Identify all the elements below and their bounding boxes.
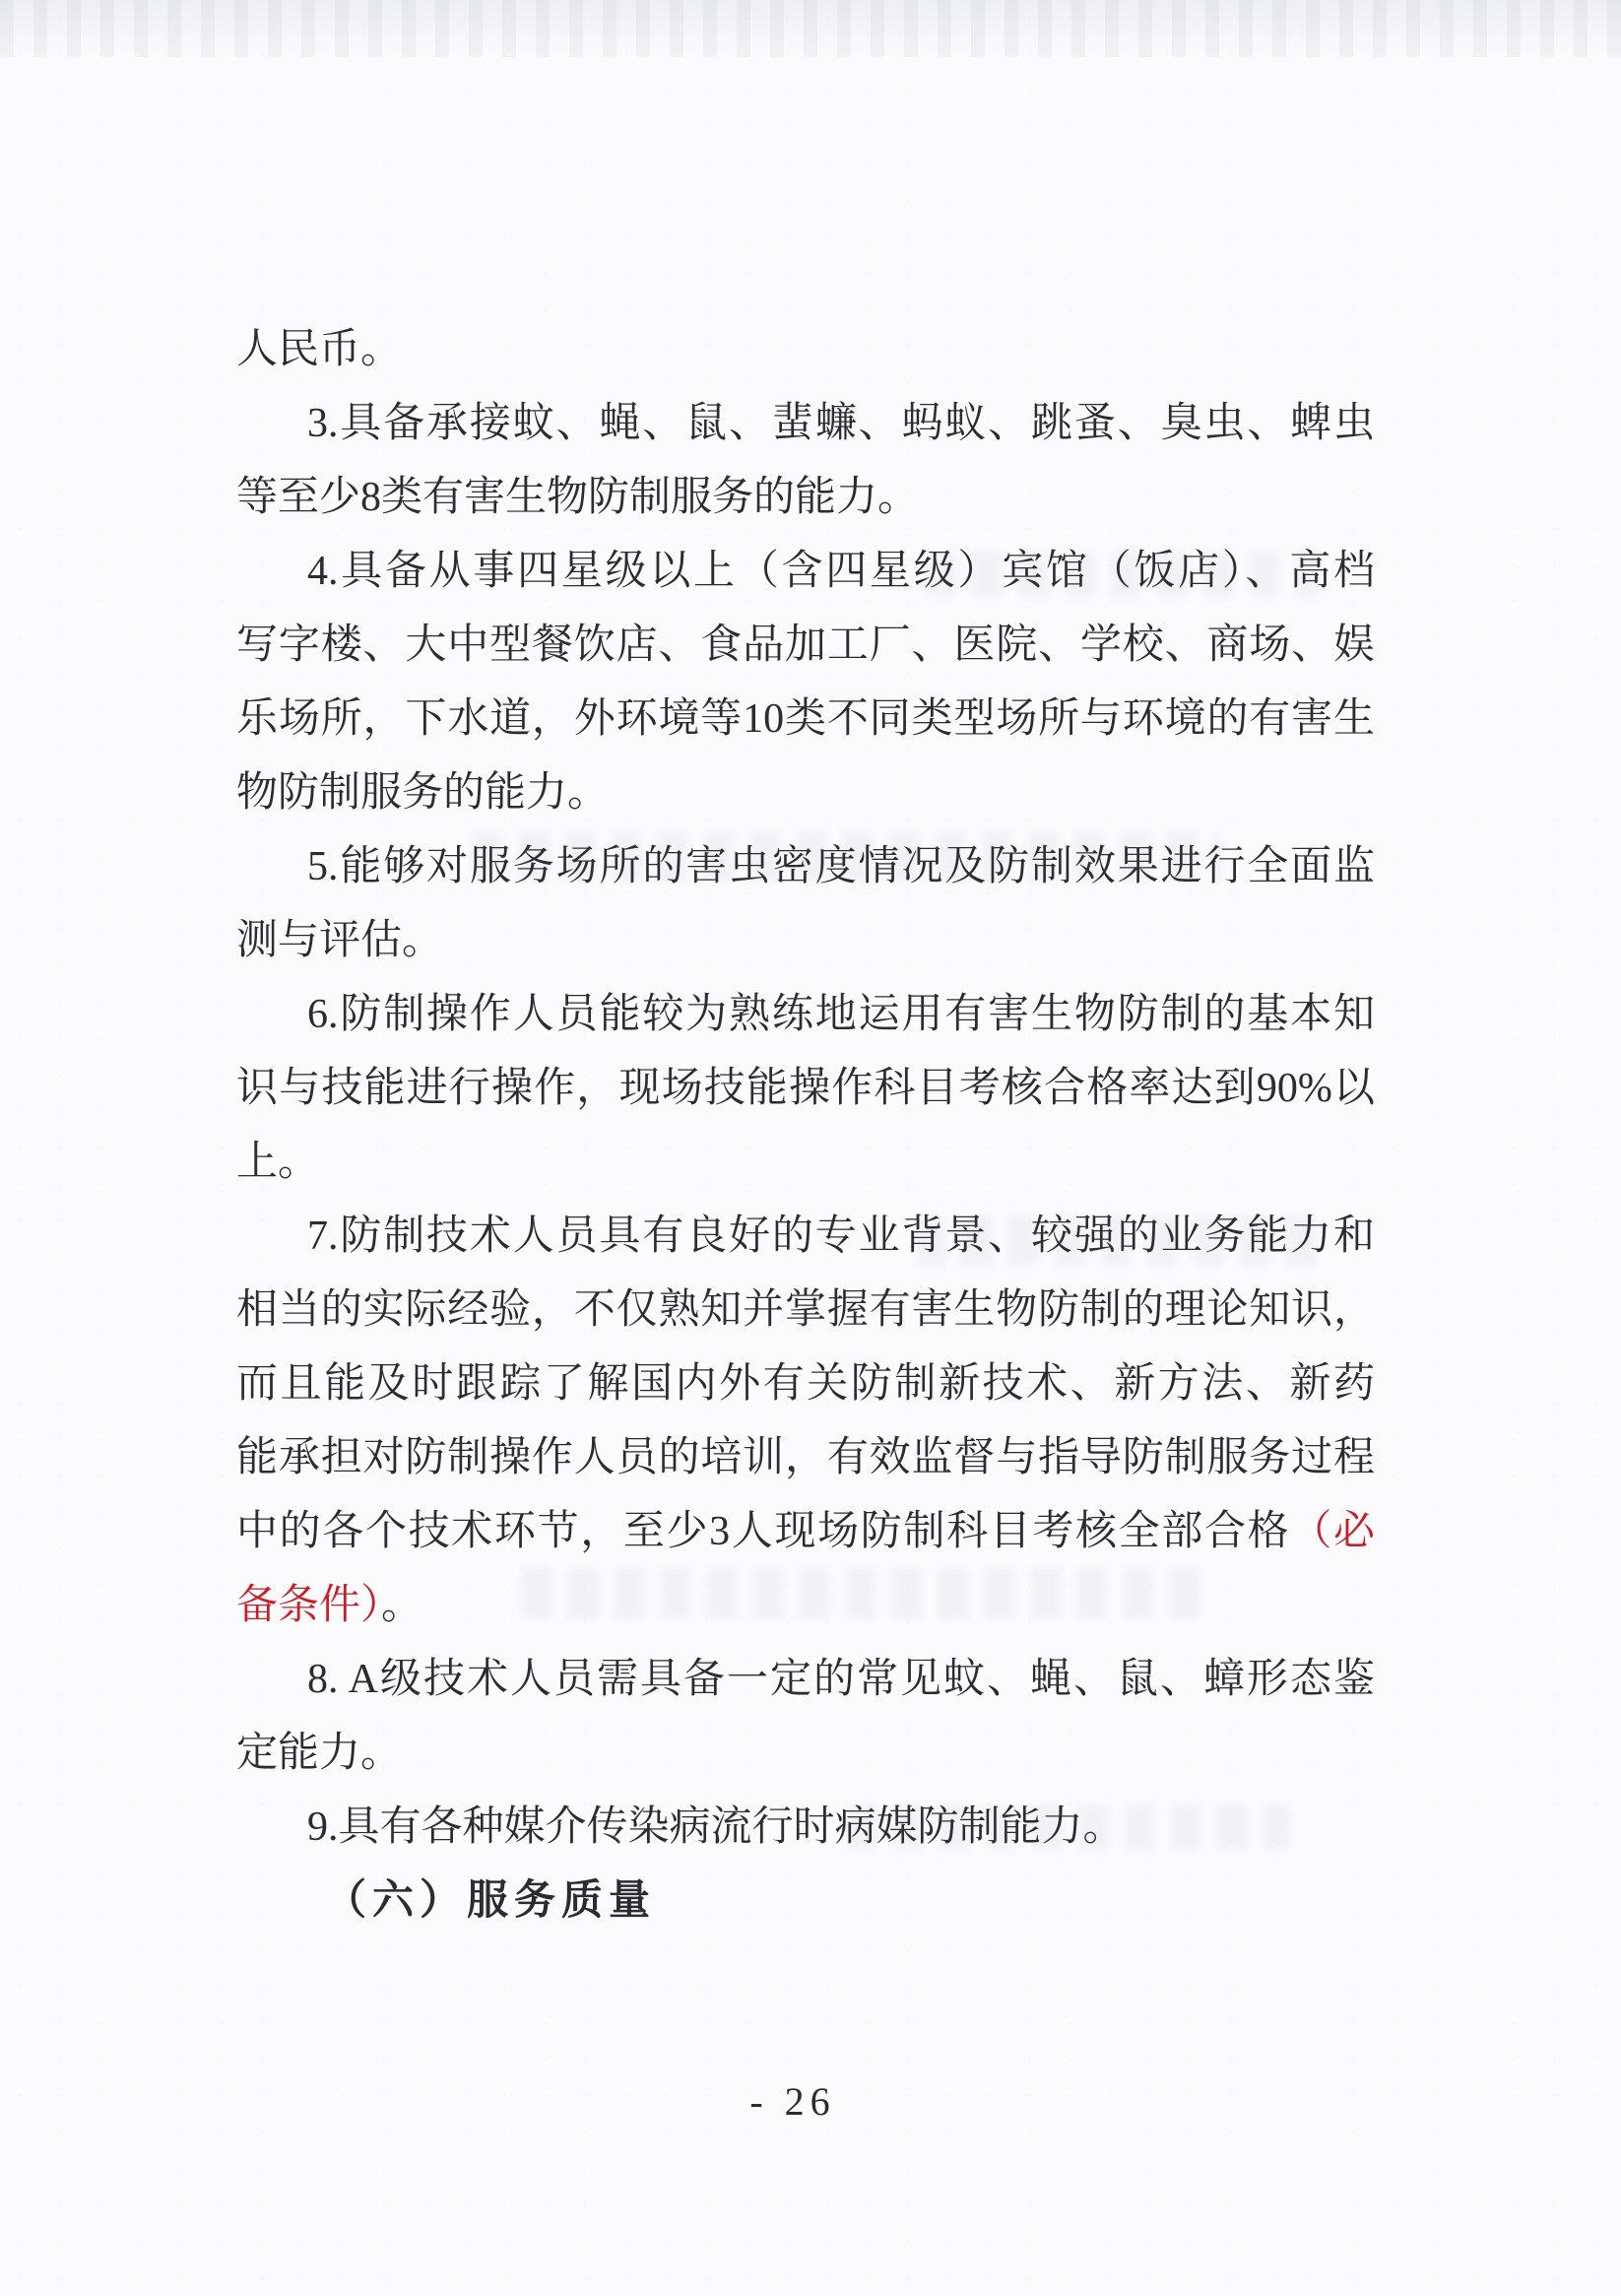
text-line: 能承担对防制操作人员的培训，有效监督与指导防制服务过程	[236, 1421, 1375, 1495]
scan-top-edge-artifact	[0, 0, 1621, 57]
text-segment: 7.防制技术人员具有良好的专业背景、较强的业务能力和	[307, 1214, 1375, 1259]
text-line: 测与评估。	[236, 904, 1375, 978]
text-line-item-9: 9.具有各种媒介传染病流行时病媒防制能力。	[236, 1791, 1375, 1865]
section-heading: （六）服务质量	[236, 1865, 1375, 1938]
text-segment: 相当的实际经验，不仅熟知并掌握有害生物防制的理论知识，	[236, 1287, 1375, 1333]
text-line: 写字楼、大中型餐饮店、食品加工厂、医院、学校、商场、娱	[236, 609, 1375, 683]
document-body: 人民币。 3.具备承接蚊、蝇、鼠、蜚蠊、蚂蚁、跳蚤、臭虫、蜱虫 等至少8类有害生…	[236, 313, 1375, 1938]
text-segment: 写字楼、大中型餐饮店、食品加工厂、医院、学校、商场、娱	[236, 623, 1375, 668]
text-segment: 3.具备承接蚊、蝇、鼠、蜚蠊、蚂蚁、跳蚤、臭虫、蜱虫	[307, 401, 1375, 446]
text-line-item-6: 6.防制操作人员能较为熟练地运用有害生物防制的基本知	[236, 978, 1375, 1052]
text-segment: 等至少8类有害生物防制服务的能力。	[236, 475, 919, 520]
text-line-item-5: 5.能够对服务场所的害虫密度情况及防制效果进行全面监	[236, 830, 1375, 904]
text-segment: 。	[381, 1583, 422, 1628]
text-line: 等至少8类有害生物防制服务的能力。	[236, 461, 1375, 535]
required-condition-highlight: （必	[1290, 1509, 1375, 1554]
text-segment: 中的各个技术环节，至少3人现场防制科目考核全部合格	[236, 1509, 1290, 1554]
text-segment: 4.具备从事四星级以上（含四星级）宾馆（饭店）、高档	[307, 549, 1375, 594]
text-segment: 定能力。	[236, 1731, 402, 1776]
text-line: 乐场所，下水道，外环境等10类不同类型场所与环境的有害生	[236, 683, 1375, 756]
text-line: 中的各个技术环节，至少3人现场防制科目考核全部合格（必	[236, 1495, 1375, 1569]
text-segment: 9.具有各种媒介传染病流行时病媒防制能力。	[307, 1804, 1125, 1850]
text-segment: 而且能及时跟踪了解国内外有关防制新技术、新方法、新药械，	[236, 1361, 1375, 1421]
text-segment: 6.防制操作人员能较为熟练地运用有害生物防制的基本知	[307, 992, 1375, 1037]
text-line: 人民币。	[236, 313, 1375, 387]
text-segment: 上。	[236, 1140, 319, 1185]
text-line-item-3: 3.具备承接蚊、蝇、鼠、蜚蠊、蚂蚁、跳蚤、臭虫、蜱虫	[236, 387, 1375, 461]
text-segment: 识与技能进行操作，现场技能操作科目考核合格率达到90%以	[236, 1066, 1375, 1111]
text-line: 识与技能进行操作，现场技能操作科目考核合格率达到90%以	[236, 1052, 1375, 1126]
text-segment: 能承担对防制操作人员的培训，有效监督与指导防制服务过程	[236, 1435, 1375, 1480]
text-segment: 8. A级技术人员需具备一定的常见蚊、蝇、鼠、蟑形态鉴	[307, 1657, 1375, 1702]
text-segment: 测与评估。	[236, 918, 443, 963]
text-line: 上。	[236, 1126, 1375, 1200]
text-line: 物防制服务的能力。	[236, 756, 1375, 830]
text-segment: 物防制服务的能力。	[236, 770, 609, 816]
text-line-item-7: 7.防制技术人员具有良好的专业背景、较强的业务能力和	[236, 1200, 1375, 1274]
text-line-item-8: 8. A级技术人员需具备一定的常见蚊、蝇、鼠、蟑形态鉴	[236, 1643, 1375, 1717]
text-line: 而且能及时跟踪了解国内外有关防制新技术、新方法、新药械，	[236, 1347, 1375, 1421]
text-segment: （六）服务质量	[325, 1878, 656, 1924]
required-condition-highlight: 备条件）	[236, 1583, 381, 1628]
page-number: - 26	[0, 2078, 1603, 2126]
text-line: 定能力。	[236, 1717, 1375, 1791]
text-segment: 5.能够对服务场所的害虫密度情况及防制效果进行全面监	[307, 844, 1375, 889]
text-line: 相当的实际经验，不仅熟知并掌握有害生物防制的理论知识，	[236, 1274, 1375, 1347]
scanned-page: 人民币。 3.具备承接蚊、蝇、鼠、蜚蠊、蚂蚁、跳蚤、臭虫、蜱虫 等至少8类有害生…	[0, 0, 1621, 2296]
text-segment: 乐场所，下水道，外环境等10类不同类型场所与环境的有害生	[236, 696, 1375, 742]
text-line-item-4: 4.具备从事四星级以上（含四星级）宾馆（饭店）、高档	[236, 535, 1375, 609]
text-segment: 人民币。	[236, 327, 402, 372]
text-line: 备条件）。	[236, 1569, 1375, 1643]
